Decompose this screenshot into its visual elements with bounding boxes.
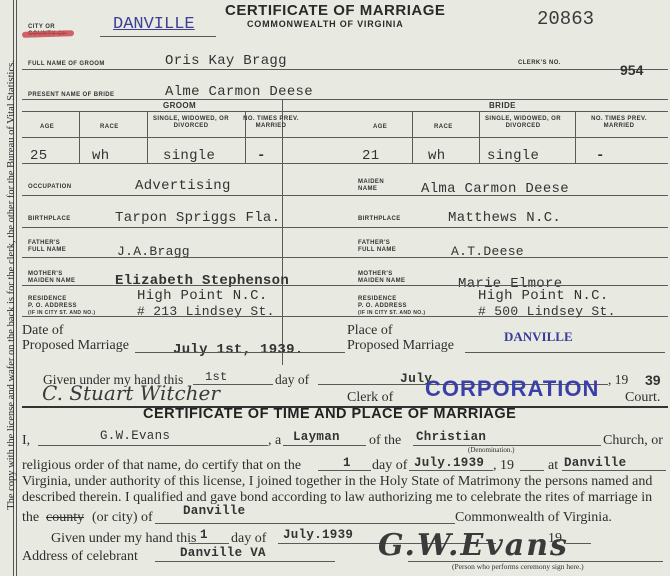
document-subtitle: COMMONWEALTH OF VIRGINIA (247, 19, 404, 29)
signature-caption: (Person who performs ceremony sign here.… (452, 562, 584, 571)
celebrant-name: G.W.Evans (100, 429, 170, 443)
underline (409, 470, 493, 471)
underline (22, 257, 282, 258)
underline (282, 285, 668, 286)
groom-header: GROOM (163, 102, 196, 109)
underline (283, 445, 366, 446)
bride-prev-married: - (596, 148, 605, 164)
bride-col-race: Race (434, 124, 453, 131)
underline (189, 543, 229, 544)
proposed-place-value: DANVILLE (504, 329, 573, 345)
margin-note: The copy with the license and wafer on t… (5, 5, 19, 565)
groom-name-underline (22, 69, 668, 70)
bride-age: 21 (362, 148, 379, 164)
marriage-certificate: The copy with the license and wafer on t… (0, 0, 670, 576)
bride-col-age: Age (373, 124, 387, 131)
underline (155, 523, 455, 524)
groom-prev-married: - (257, 148, 266, 164)
cert-line3-text: Virginia, under authority of this licens… (22, 474, 652, 490)
groom-mother-value: Elizabeth Stephenson (115, 273, 289, 289)
groom-residence-label-1: Residence (28, 296, 67, 303)
county-value: Danville (183, 504, 245, 518)
groom-residence-line1: High Point N.C. (137, 288, 268, 304)
bride-mother-label-2: Maiden Name (358, 278, 405, 285)
bride-birthplace-label: Birthplace (358, 216, 401, 223)
groom-age: 25 (30, 148, 47, 164)
bride-col-prev-married: No. Times Prev. Married (584, 116, 654, 130)
bride-maiden-label-2: Name (358, 186, 377, 193)
clerk-signature: C. Stuart Witcher (42, 381, 220, 405)
col-sep (245, 111, 246, 163)
col-sep (479, 111, 480, 163)
groom-race: wh (92, 148, 109, 164)
center-divider (282, 100, 283, 365)
clerk-no-label: Clerk's No. (518, 60, 561, 67)
groom-mother-label-1: Mother's (28, 271, 63, 278)
county-the-text: the (22, 510, 39, 526)
address-label: Address of celebrant (22, 549, 138, 565)
columns-bottom-line (22, 137, 668, 138)
bride-residence-label-1: Residence (358, 296, 397, 303)
county-suffix-text: (or city) of (92, 510, 153, 526)
groom-father-label-2: Full Name (28, 247, 66, 254)
address-value: Danville VA (180, 546, 266, 560)
col-sep (79, 111, 80, 163)
bride-residence-line2: # 500 Lindsey St. (478, 304, 616, 319)
groom-col-race: Race (100, 124, 119, 131)
groom-occupation-label: Occupation (28, 184, 71, 191)
groom-name-label: Full Name of Groom (28, 61, 105, 68)
bride-name-value: Alme Carmon Deese (165, 84, 313, 100)
groom-occupation-value: Advertising (135, 178, 231, 194)
license-year-prefix: , 19 (608, 372, 628, 388)
celebrant-role: Layman (293, 430, 340, 444)
underline (282, 257, 668, 258)
underline (22, 195, 282, 196)
certificate-number: 20863 (537, 8, 594, 30)
groom-status: single (163, 148, 215, 164)
of-the-text: of the (369, 433, 401, 449)
bride-maiden-label-1: Maiden (358, 179, 384, 186)
groom-name-value: Oris Kay Bragg (165, 53, 287, 69)
underline (22, 227, 282, 228)
given-text: Given under my hand this (51, 531, 196, 547)
marriage-place: Danville (564, 456, 626, 470)
i-prefix: I, (22, 433, 30, 449)
proposed-date-value: July 1st, 1939. (173, 342, 304, 358)
underline (135, 352, 345, 353)
col-sep (412, 111, 413, 163)
place-label-1: Place of (347, 323, 392, 339)
year-prefix-text: , 19 (493, 458, 514, 474)
corporation-stamp: CORPORATION (425, 376, 599, 402)
denomination-value: Christian (416, 430, 486, 444)
cert-line4-text: described therein. I qualified and gave … (22, 490, 652, 506)
col-sep (575, 111, 576, 163)
values-line (22, 163, 668, 164)
groom-birthplace-label: Birthplace (28, 216, 71, 223)
underline (318, 470, 371, 471)
given-day-of-text: day of (231, 531, 266, 547)
underline (282, 195, 668, 196)
bride-residence-label-2: P. O. Address (358, 303, 407, 310)
underline (38, 445, 268, 446)
place-label-2: Proposed Marriage (347, 338, 454, 354)
bride-residence-line1: High Point N.C. (478, 288, 609, 304)
col-sep (147, 111, 148, 163)
underline (566, 543, 591, 544)
cert-line2-text: religious order of that name, do certify… (22, 458, 301, 474)
groom-col-prev-married: No. Times Prev. Married (236, 116, 306, 130)
church-or-text: Church, or (603, 433, 663, 449)
a-text: , a (268, 433, 281, 449)
bride-name-underline (22, 99, 668, 100)
court-label: Court. (625, 390, 660, 406)
document-title: CERTIFICATE OF MARRIAGE (225, 2, 445, 19)
bride-mother-label-1: Mother's (358, 271, 393, 278)
date-label-2: Proposed Marriage (22, 338, 129, 354)
given-day-value: 1 (200, 528, 208, 542)
groom-col-status: Single, Widowed, or Divorced (151, 116, 231, 130)
at-text: at (548, 458, 558, 474)
city-value: DANVILLE (113, 15, 195, 34)
given-month-year: July.1939 (283, 528, 353, 542)
bride-status: single (487, 148, 539, 164)
denomination-caption: (Denomination.) (468, 446, 514, 454)
bride-name-label: Present Name of Bride (28, 92, 114, 99)
county-struck-text: county (46, 510, 84, 526)
groom-mother-label-2: Maiden Name (28, 278, 75, 285)
groom-father-label-1: Father's (28, 240, 60, 247)
bride-race: wh (428, 148, 445, 164)
underline (520, 470, 544, 471)
license-year-value: 39 (645, 372, 661, 388)
underline (562, 470, 666, 471)
margin-strip: The copy with the license and wafer on t… (0, 0, 20, 576)
groom-birthplace-value: Tarpon Spriggs Fla. (115, 210, 280, 226)
clerk-of-label: Clerk of (347, 390, 393, 406)
celebrant-signature: G.W.Evans (378, 528, 569, 563)
marriage-day-value: 1 (343, 456, 351, 470)
date-label-1: Date of (22, 323, 64, 339)
table-header-line (22, 111, 668, 112)
license-day-of: day of (275, 372, 309, 388)
clerk-no-value: 954 (620, 62, 643, 78)
underline (22, 285, 282, 286)
underline (465, 352, 665, 353)
city-underline (100, 36, 216, 37)
marriage-month-year: July.1939 (414, 456, 484, 470)
commonwealth-text: Commonwealth of Virginia. (455, 510, 612, 526)
certificate-section-title: CERTIFICATE OF TIME AND PLACE OF MARRIAG… (143, 406, 516, 422)
bride-father-label-2: Full Name (358, 247, 396, 254)
bride-col-status: Single, Widowed, or Divorced (483, 116, 563, 130)
groom-col-age: Age (40, 124, 54, 131)
underline (155, 561, 335, 562)
underline (282, 227, 668, 228)
groom-residence-label-2: P. O. Address (28, 303, 77, 310)
day-of-text: day of (372, 458, 407, 474)
bride-header: BRIDE (489, 102, 516, 109)
bride-birthplace-value: Matthews N.C. (448, 210, 561, 226)
bride-residence-label-3: (If in city st. and no.) (358, 310, 425, 317)
bride-father-label-1: Father's (358, 240, 390, 247)
